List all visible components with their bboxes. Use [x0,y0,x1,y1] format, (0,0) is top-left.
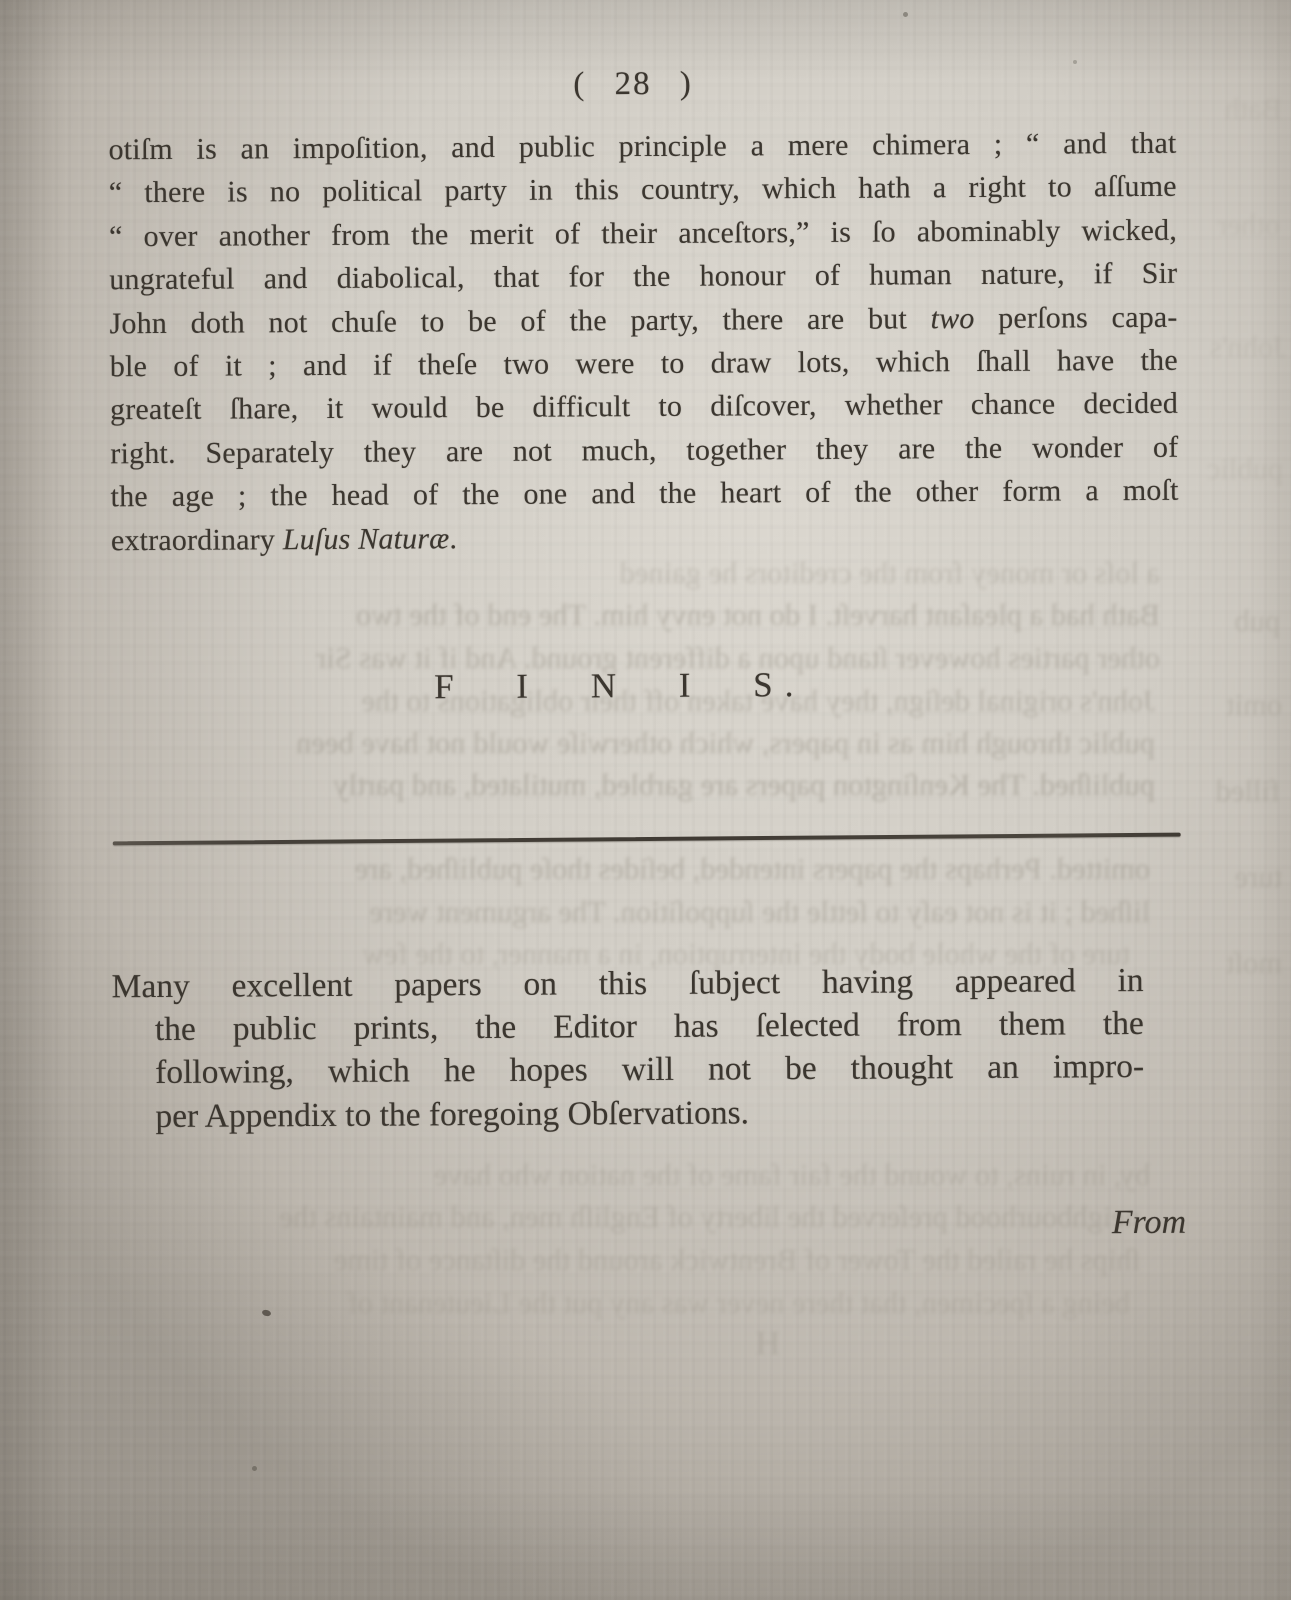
finis-label: F I N I S. [0,662,1240,710]
paragraph-line: Many excellent papers on this ſubject ha… [154,959,1143,1008]
page-number: ( 28 ) [0,62,1270,107]
ink-speck [903,12,908,17]
book-page-scan: a loſs or money from the creditors he ga… [0,0,1291,1600]
paragraph-line: ble of it ; and if theſe two were to dra… [110,339,1178,389]
printed-content: ( 28 ) otiſm is an impoſition, and publi… [0,0,1291,1600]
ink-speck [252,1466,257,1471]
paragraph-line: “ over another from the merit of their a… [109,209,1177,259]
section-divider-rule [113,833,1181,845]
line-text: . [449,522,457,555]
paragraph-line: the age ; the head of the one and the he… [110,469,1178,519]
italic-word: two [931,302,975,335]
paragraph-line: the public prints, the Editor has ſelect… [155,1002,1144,1051]
line-text: perſons capa- [998,300,1178,334]
main-paragraph: otiſm is an impoſition, and public princ… [108,122,1179,563]
paragraph-line: otiſm is an impoſition, and public princ… [108,122,1176,172]
paragraph-line: greateſt ſhare, it would be difficult to… [110,382,1178,432]
catchword: From [1023,1204,1186,1243]
paragraph-line: ungrateful and diabolical, that for the … [109,252,1177,302]
paragraph-line: following, which he hopes will not be th… [155,1045,1144,1094]
paragraph-line: right. Separately they are not much, tog… [110,426,1178,476]
line-text: John doth not chuſe to be of the party, … [109,302,907,340]
italic-phrase: Luſus Naturæ [283,522,450,556]
paragraph-line: extraordinary Luſus Naturæ. [111,512,1179,562]
line-text: extraordinary [111,523,283,557]
ink-speck [1073,60,1077,64]
paragraph-line: John doth not chuſe to be of the party, … [109,295,1177,345]
paragraph-line: “ there is no political party in this co… [109,165,1177,215]
editor-note-paragraph: Many excellent papers on this ſubject ha… [154,959,1144,1138]
paragraph-line: per Appendix to the foregoing Obſervatio… [155,1089,1144,1138]
